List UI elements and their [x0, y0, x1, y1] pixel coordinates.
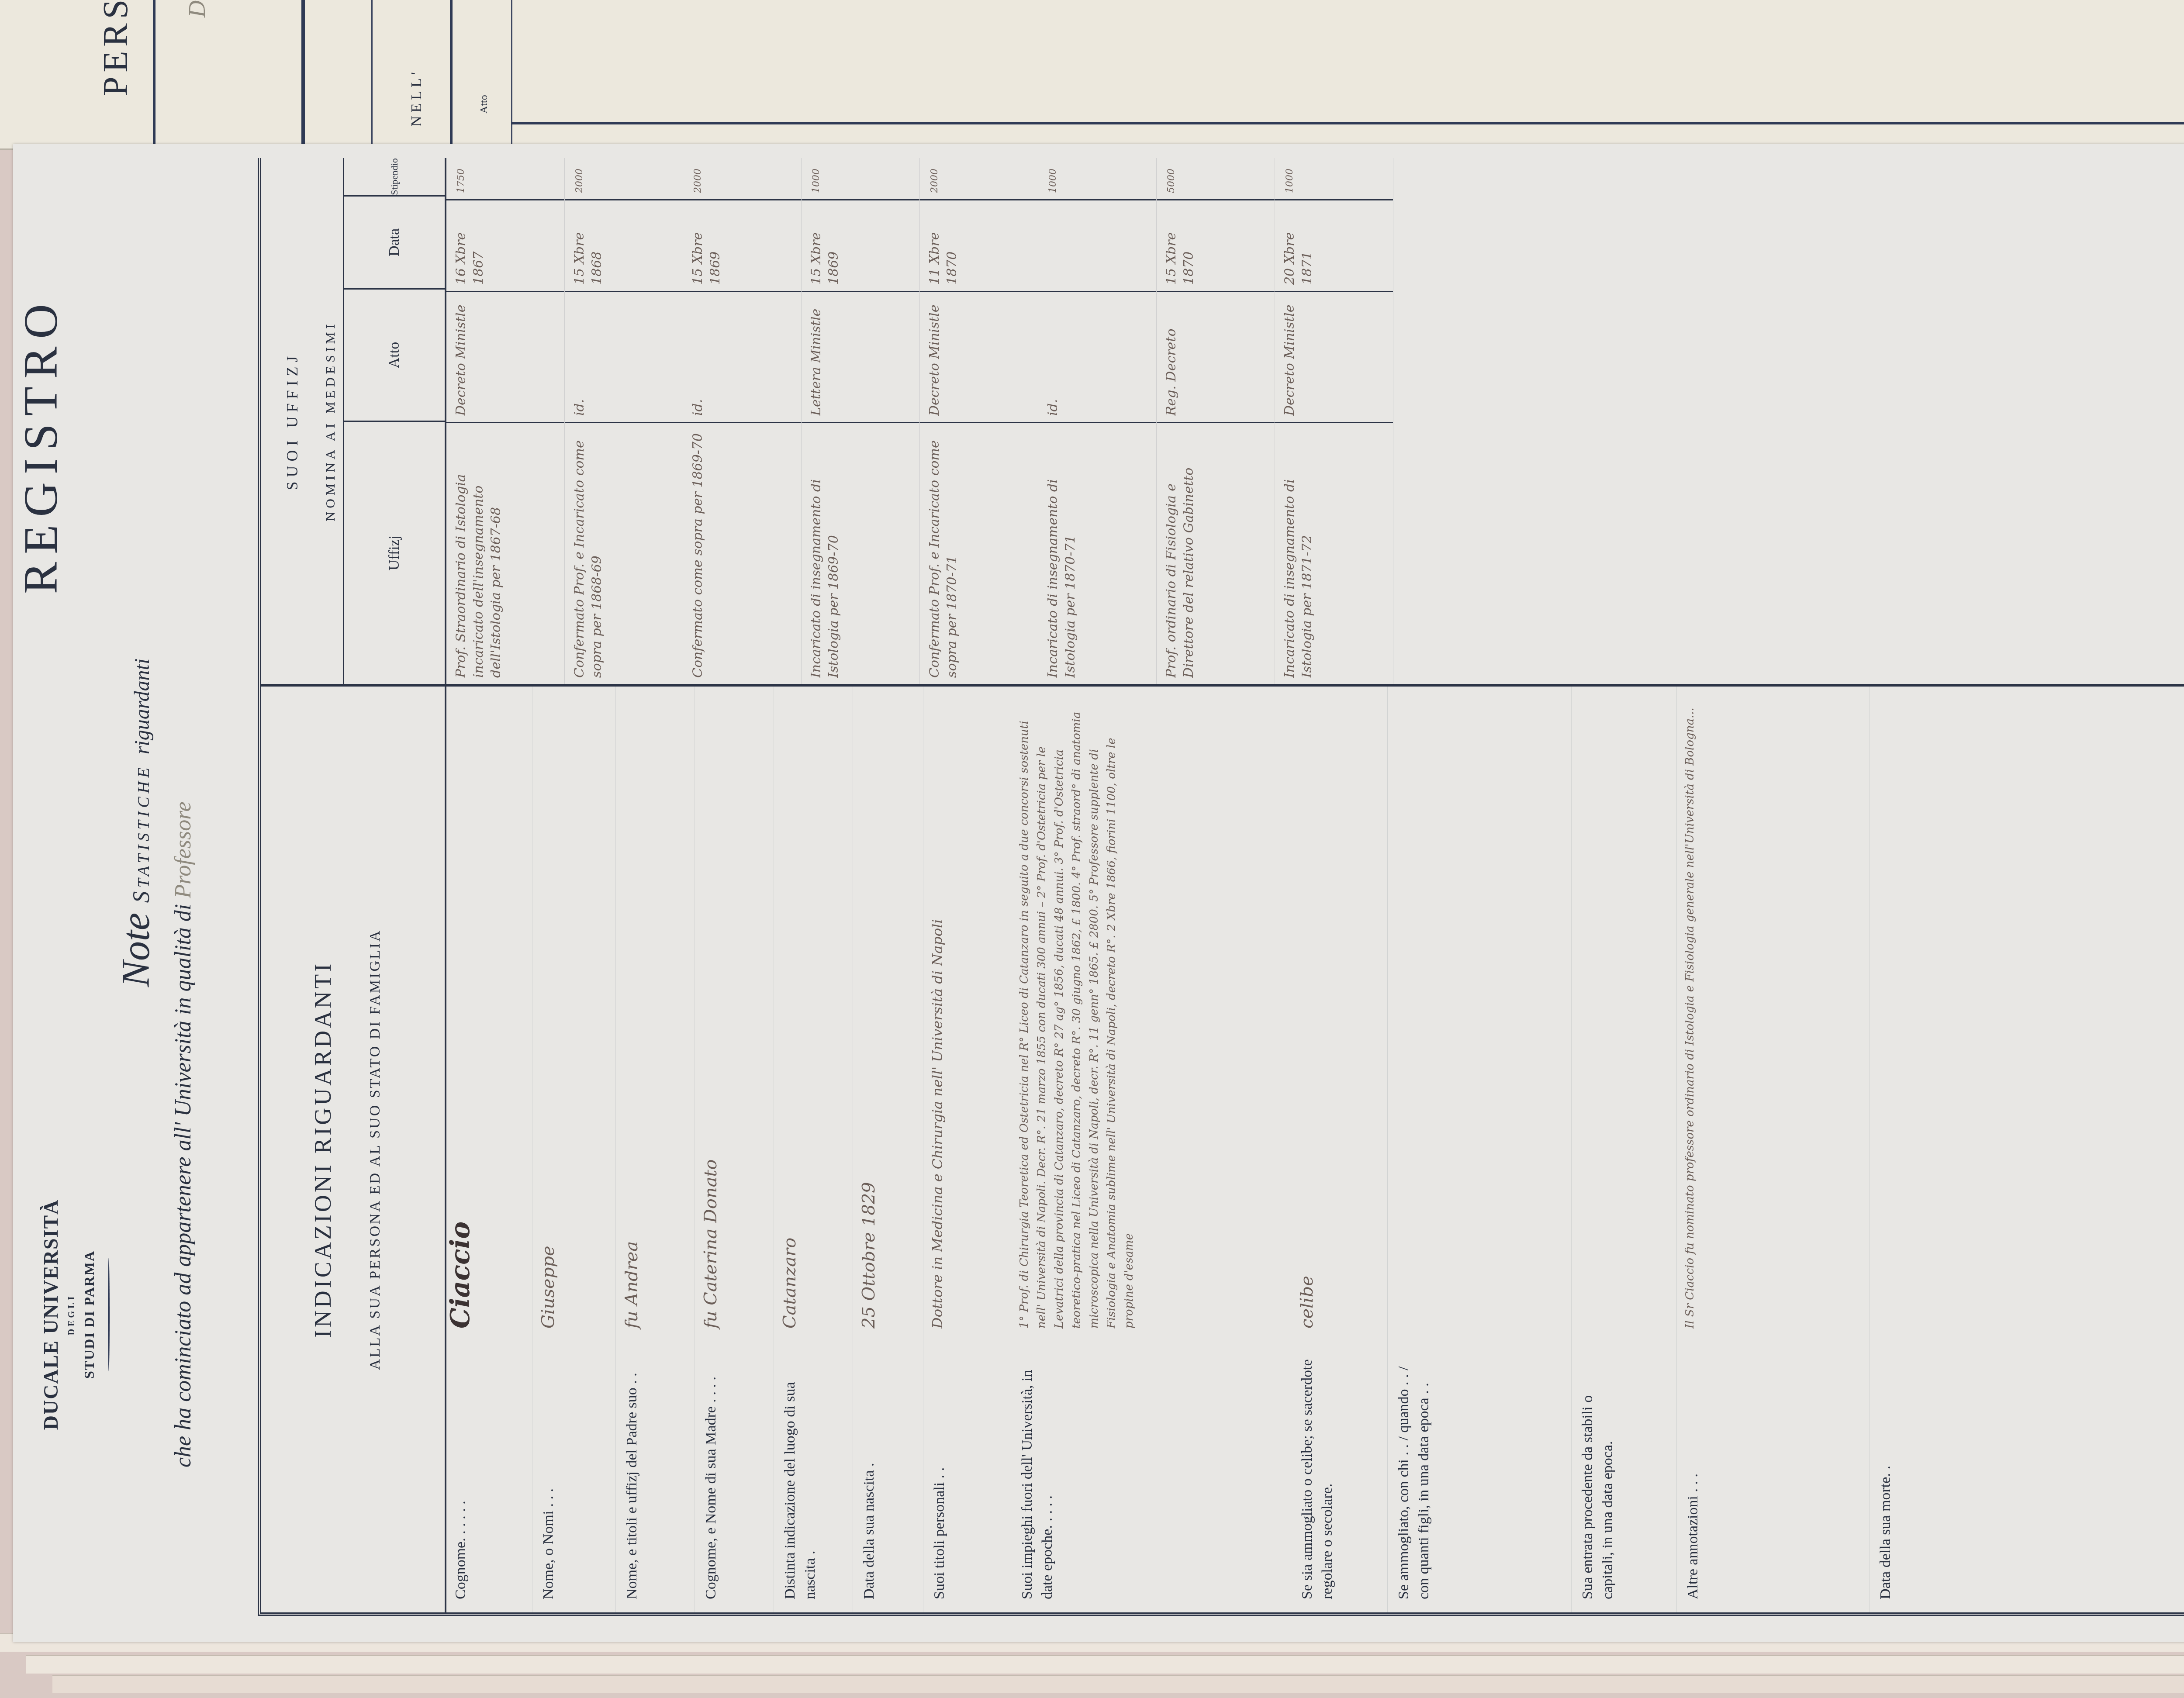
value-morte[interactable] — [1870, 687, 1944, 1342]
value-data-nascita[interactable]: 25 Ottobre 1829 — [853, 687, 923, 1342]
label-stato-civile: Se sia ammogliato o celibe; se sacerdote… — [1291, 1342, 1387, 1612]
row-madre: Cognome, e Nome di sua Madre . . . .fu C… — [695, 687, 774, 1612]
facing-column-atto: Atto — [478, 95, 490, 114]
cell-data[interactable]: 16 Xbre 1867 — [446, 199, 564, 291]
note-title: Note Statistiche riguardanti — [114, 659, 159, 987]
subtitle: che ha cominciato ad appartenere all' Un… — [170, 801, 196, 1467]
form-frame: INDICAZIONI RIGUARDANTI ALLA SUA PERSONA… — [258, 158, 2184, 1616]
row-nome: Nome, o Nomi . . .Giuseppe — [532, 687, 616, 1612]
facing-page: PERS Dottor NELL' Atto — [0, 0, 2184, 150]
cell-uffizj[interactable]: Incaricato di insegnamento di Istologia … — [802, 422, 919, 684]
cell-uffizj[interactable]: Confermato Prof. e Incaricato come sopra… — [920, 422, 1038, 684]
nominations-outer-heading: SUOI UFFIZJ — [261, 158, 301, 684]
cell-stipendio[interactable]: 2000 — [920, 158, 1038, 199]
table-row: Prof. ordinario di Fisiologia e Direttor… — [1157, 158, 1275, 684]
cell-data[interactable]: 11 Xbre 1870 — [920, 199, 1038, 291]
cell-stipendio[interactable]: 5000 — [1157, 158, 1275, 199]
cell-atto[interactable]: Reg. Decreto — [1157, 291, 1275, 422]
col-uffizj: Uffizj — [344, 421, 445, 684]
value-padre[interactable]: fu Andrea — [616, 687, 695, 1342]
value-impieghi[interactable]: 1° Prof. di Chirurgia Teoretica ed Ostet… — [1011, 687, 1291, 1342]
cell-data[interactable] — [1038, 199, 1156, 291]
row-padre: Nome, e titoli e uffizj del Padre suo . … — [616, 687, 695, 1612]
ornament-rule — [108, 1258, 110, 1371]
col-data: Data — [344, 195, 445, 288]
row-matrimonio: Se ammogliato, con chi . . / quando . . … — [1388, 687, 1572, 1612]
cell-atto[interactable]: id. — [1038, 291, 1156, 422]
cell-stipendio[interactable]: 2000 — [565, 158, 683, 199]
cell-data[interactable]: 15 Xbre 1868 — [565, 199, 683, 291]
cell-uffizj[interactable]: Confermato come sopra per 1869-70 — [683, 422, 801, 684]
nominations-rows: Prof. Straordinario di Istologia incaric… — [446, 158, 1393, 684]
subtitle-handwritten: Professore — [171, 801, 196, 898]
cell-stipendio[interactable]: 1000 — [802, 158, 919, 199]
cell-stipendio[interactable]: 2000 — [683, 158, 801, 199]
table-row: Prof. Straordinario di Istologia incaric… — [446, 158, 565, 684]
cell-atto[interactable]: Decreto Ministle — [1275, 291, 1393, 422]
row-luogo-nascita: Distinta indicazione del luogo di sua na… — [774, 687, 853, 1612]
value-cognome[interactable]: Ciaccio — [445, 687, 532, 1342]
row-impieghi: Suoi impieghi fuori dell' Università, in… — [1011, 687, 1291, 1612]
note-title-big: Note — [114, 913, 158, 987]
label-matrimonio: Se ammogliato, con chi . . / quando . . … — [1388, 1342, 1571, 1612]
personal-subheading: ALLA SUA PERSONA ED AL SUO STATO DI FAMI… — [367, 687, 384, 1612]
table-row: Incaricato di insegnamento di Istologia … — [1275, 158, 1393, 684]
university-name: DUCALE UNIVERSITÀ — [39, 1118, 62, 1511]
row-titoli: Suoi titoli personali . .Dottore in Medi… — [923, 687, 1011, 1612]
cell-uffizj[interactable]: Incaricato di insegnamento di Istologia … — [1038, 422, 1156, 684]
page-edge — [26, 1655, 2184, 1674]
label-cognome: Cognome. . . . . . — [445, 1342, 532, 1612]
cell-uffizj[interactable]: Prof. ordinario di Fisiologia e Direttor… — [1157, 422, 1275, 684]
table-row: Confermato Prof. e Incaricato come sopra… — [565, 158, 683, 684]
cell-uffizj[interactable]: Incaricato di insegnamento di Istologia … — [1275, 422, 1393, 684]
personal-section-header: INDICAZIONI RIGUARDANTI ALLA SUA PERSONA… — [261, 687, 446, 1612]
cell-data[interactable]: 20 Xbre 1871 — [1275, 199, 1393, 291]
value-nome[interactable]: Giuseppe — [532, 687, 615, 1342]
label-morte: Data della sua morte. . — [1870, 1342, 1944, 1612]
page-edge — [52, 1675, 2184, 1693]
row-data-nascita: Data della sua nascita .25 Ottobre 1829 — [853, 687, 923, 1612]
university-degli: DEGLI — [67, 1118, 77, 1511]
facing-handwritten: Dottor — [183, 0, 211, 17]
value-stato-civile[interactable]: celibe — [1291, 687, 1387, 1342]
cell-data[interactable]: 15 Xbre 1869 — [802, 199, 919, 291]
table-row: Confermato come sopra per 1869-70id.15 X… — [683, 158, 802, 684]
row-annotazioni: Altre annotazioni . . .Il Sr Ciaccio fu … — [1677, 687, 1870, 1612]
value-matrimonio[interactable] — [1388, 687, 1571, 1342]
table-row: Confermato Prof. e Incaricato come sopra… — [920, 158, 1038, 684]
value-titoli[interactable]: Dottore in Medicina e Chirurgia nell' Un… — [923, 687, 1011, 1342]
row-morte: Data della sua morte. . — [1870, 687, 1944, 1612]
row-cognome: Cognome. . . . . .Ciaccio — [445, 687, 532, 1612]
cell-atto[interactable]: id. — [565, 291, 683, 422]
university-city: STUDI DI PARMA — [81, 1118, 97, 1511]
table-row: Incaricato di insegnamento di Istologia … — [1038, 158, 1157, 684]
cell-atto[interactable]: id. — [683, 291, 801, 422]
university-header: DUCALE UNIVERSITÀ DEGLI STUDI DI PARMA — [39, 1118, 110, 1511]
row-entrata: Sua entrata procedente da stabili o capi… — [1572, 687, 1677, 1612]
label-nome: Nome, o Nomi . . . — [532, 1342, 615, 1612]
row-stato-civile: Se sia ammogliato o celibe; se sacerdote… — [1291, 687, 1388, 1612]
label-padre: Nome, e titoli e uffizj del Padre suo . … — [616, 1342, 695, 1612]
cell-stipendio[interactable]: 1000 — [1275, 158, 1393, 199]
note-title-rest: riguardanti — [131, 659, 154, 755]
table-row: Incaricato di insegnamento di Istologia … — [802, 158, 920, 684]
value-annotazioni[interactable]: Il Sr Ciaccio fu nominato professore ord… — [1677, 687, 1869, 1342]
subtitle-text: che ha cominciato ad appartenere all' Un… — [171, 904, 196, 1467]
label-annotazioni: Altre annotazioni . . . — [1677, 1342, 1869, 1612]
label-luogo-nascita: Distinta indicazione del luogo di sua na… — [774, 1342, 853, 1612]
personal-rows: Cognome. . . . . .Ciaccio Nome, o Nomi .… — [445, 687, 1944, 1612]
cell-atto[interactable]: Decreto Ministle — [920, 291, 1038, 422]
label-madre: Cognome, e Nome di sua Madre . . . . — [695, 1342, 774, 1612]
col-atto: Atto — [344, 288, 445, 421]
nominations-columns: Uffizj Atto Data Stipendio — [343, 158, 445, 684]
value-entrata[interactable] — [1572, 687, 1676, 1342]
nominations-heading: NOMINA AI MEDESIMI — [323, 158, 338, 684]
nominations-section: SUOI UFFIZJ NOMINA AI MEDESIMI Uffizj At… — [261, 158, 2184, 684]
personal-section: INDICAZIONI RIGUARDANTI ALLA SUA PERSONA… — [261, 684, 2184, 1612]
cell-atto[interactable]: Lettera Ministle — [802, 291, 919, 422]
cell-stipendio[interactable]: 1750 — [446, 158, 564, 199]
label-impieghi: Suoi impieghi fuori dell' Università, in… — [1011, 1342, 1291, 1612]
nominations-header: SUOI UFFIZJ NOMINA AI MEDESIMI Uffizj At… — [261, 158, 446, 684]
cell-data[interactable]: 15 Xbre 1869 — [683, 199, 801, 291]
value-luogo-nascita[interactable]: Catanzaro — [774, 687, 853, 1342]
cell-uffizj[interactable]: Prof. Straordinario di Istologia incaric… — [446, 422, 564, 684]
cell-stipendio[interactable]: 1000 — [1038, 158, 1156, 199]
label-titoli: Suoi titoli personali . . — [923, 1342, 1011, 1612]
note-title-small: Statistiche — [128, 764, 154, 903]
cell-uffizj[interactable]: Confermato Prof. e Incaricato come sopra… — [565, 422, 683, 684]
label-data-nascita: Data della sua nascita . — [853, 1342, 923, 1612]
label-entrata: Sua entrata procedente da stabili o capi… — [1572, 1342, 1676, 1612]
cell-data[interactable]: 15 Xbre 1870 — [1157, 199, 1275, 291]
facing-rule: Dottor NELL' Atto — [0, 0, 2184, 144]
personal-heading: INDICAZIONI RIGUARDANTI — [309, 687, 336, 1612]
value-madre[interactable]: fu Caterina Donato — [695, 687, 774, 1342]
col-stipendio: Stipendio — [344, 158, 445, 195]
facing-section-label: NELL' — [408, 69, 425, 127]
register-page: DUCALE UNIVERSITÀ DEGLI STUDI DI PARMA R… — [13, 144, 2184, 1642]
cell-atto[interactable]: Decreto Ministle — [446, 291, 564, 422]
register-title: REGISTRO — [13, 296, 69, 594]
